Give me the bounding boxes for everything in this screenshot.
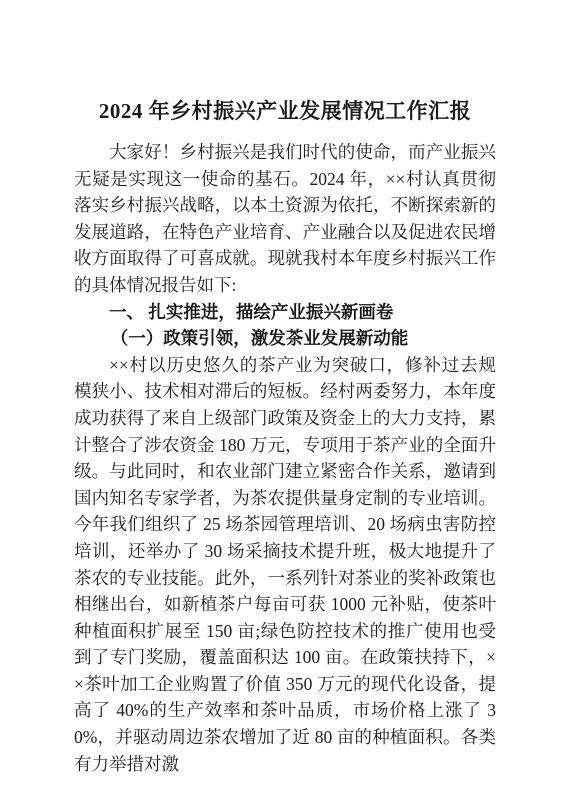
document-page: 2024 年乡村振兴产业发展情况工作汇报 大家好！乡村振兴是我们时代的使命，而产…	[0, 0, 570, 807]
intro-paragraph: 大家好！乡村振兴是我们时代的使命，而产业振兴无疑是实现这一使命的基石。2024 …	[74, 139, 496, 299]
body-paragraph: ××村以历史悠久的茶产业为突破口，修补过去规模狭小、技术相对滞后的短板。经村两委…	[74, 352, 496, 778]
report-title: 2024 年乡村振兴产业发展情况工作汇报	[74, 96, 496, 126]
subsection-heading: （一）政策引领，激发茶业发展新动能	[74, 325, 496, 352]
section-heading: 一、 扎实推进，描绘产业振兴新画卷	[74, 299, 496, 326]
document-body: 2024 年乡村振兴产业发展情况工作汇报 大家好！乡村振兴是我们时代的使命，而产…	[0, 96, 570, 777]
